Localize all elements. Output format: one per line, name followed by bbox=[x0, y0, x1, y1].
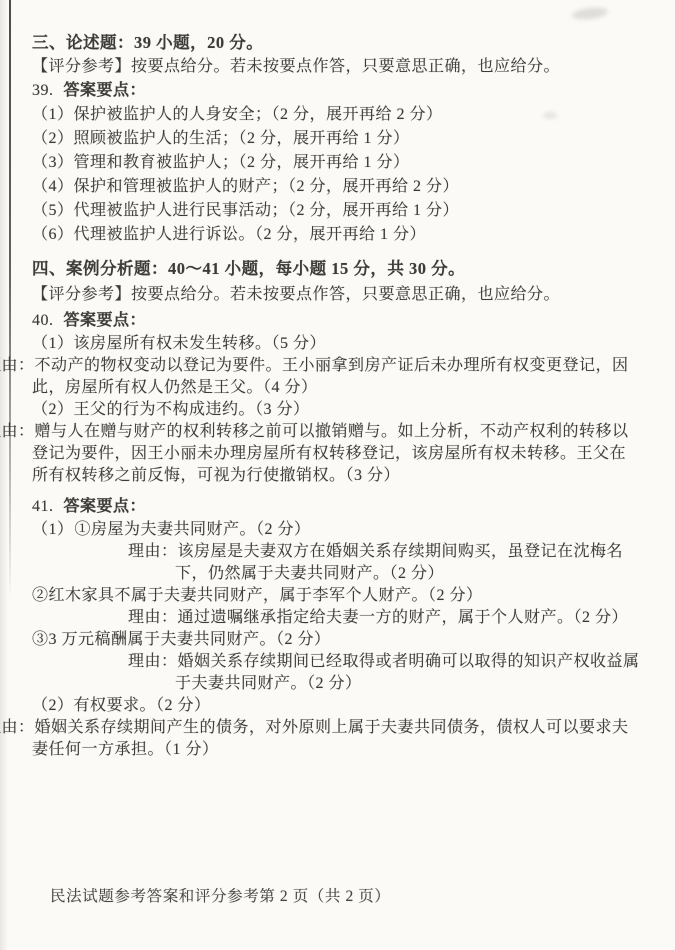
section3-scoring-note: 【评分参考】按要点给分。若未按要点作答，只要意思正确，也应给分。 bbox=[32, 55, 641, 79]
q39-title: 答案要点： bbox=[64, 82, 147, 99]
q41-header: 41.答案要点： bbox=[32, 495, 641, 519]
q39-number: 39. bbox=[32, 82, 54, 99]
q41-subreason-2-text: 通过遗嘱继承指定给夫妻一方的财产，属于个人财产。（2 分） bbox=[178, 609, 629, 626]
scanned-exam-answer-page: 三、论述题：39 小题，20 分。 【评分参考】按要点给分。若未按要点作答，只要… bbox=[0, 0, 675, 950]
q40-header: 40.答案要点： bbox=[32, 309, 641, 333]
q41-reason-2-text: 婚姻关系存续期间产生的债务，对外原则上属于夫妻共同债务，债权人可以要求夫妻任何一… bbox=[32, 719, 629, 758]
q40-reason-1-label: 理由： bbox=[0, 357, 35, 374]
q41-subreason-3-text: 婚姻关系存续期间已经取得或者明确可以取得的知识产权收益属于夫妻共同财产。（2 分… bbox=[175, 653, 640, 692]
q40-reason-2-label: 理由： bbox=[0, 423, 35, 440]
q40-point-1: （1）该房屋所有权未发生转移。（5 分） bbox=[32, 333, 641, 355]
q40-number: 40. bbox=[32, 312, 54, 329]
section4-heading: 四、案例分析题：40～41 小题，每小题 15 分，共 30 分。 bbox=[32, 256, 641, 281]
q40-reason-1-text: 不动产的物权变动以登记为要件。王小丽拿到房产证后未办理所有权变更登记，因此，房屋… bbox=[32, 357, 629, 396]
q41-subreason-3-label: 理由： bbox=[128, 653, 178, 670]
q41-subreason-2: 理由：通过遗嘱继承指定给夫妻一方的财产，属于个人财产。（2 分） bbox=[175, 607, 641, 629]
q41-number: 41. bbox=[32, 498, 54, 515]
q39-item-3: （3）管理和教育被监护人；（2 分，展开再给 1 分） bbox=[32, 151, 641, 175]
answer-key-document: 三、论述题：39 小题，20 分。 【评分参考】按要点给分。若未按要点作答，只要… bbox=[0, 0, 675, 761]
q41-reason-2: 理由：婚姻关系存续期间产生的债务，对外原则上属于夫妻共同债务，债权人可以要求夫妻… bbox=[32, 717, 641, 761]
q41-point-1: （1）①房屋为夫妻共同财产。（2 分） bbox=[32, 519, 641, 541]
q39-header: 39.答案要点： bbox=[32, 79, 641, 103]
q40-point-2: （2）王父的行为不构成违约。（3 分） bbox=[32, 399, 641, 421]
q40-reason-2-text: 赠与人在赠与财产的权利转移之前可以撤销赠与。如上分析，不动产权利的转移以登记为要… bbox=[32, 423, 629, 484]
page-footer: 民法试题参考答案和评分参考第 2 页（共 2 页） bbox=[50, 884, 391, 906]
q41-subpoint-1: ①房屋为夫妻共同财产。（2 分） bbox=[75, 521, 311, 538]
q41-subpoint-2: ②红木家具不属于夫妻共同财产，属于李军个人财产。（2 分） bbox=[32, 585, 641, 607]
q40-reason-1: 理由：不动产的物权变动以登记为要件。王小丽拿到房产证后未办理所有权变更登记，因此… bbox=[32, 355, 641, 399]
q40-title: 答案要点： bbox=[64, 312, 147, 329]
q39-item-5: （5）代理被监护人进行民事活动；（2 分，展开再给 1 分） bbox=[32, 199, 641, 223]
q39-item-4: （4）保护和管理被监护人的财产；（2 分，展开再给 2 分） bbox=[32, 175, 641, 199]
q41-subreason-1: 理由：该房屋是夫妻双方在婚姻关系存续期间购买，虽登记在沈梅名下，仍然属于夫妻共同… bbox=[175, 541, 641, 585]
q39-item-6: （6）代理被监护人进行诉讼。（2 分，展开再给 1 分） bbox=[32, 223, 641, 247]
q41-reason-2-label: 理由： bbox=[0, 719, 35, 736]
q41-subpoint-3: ③3 万元稿酬属于夫妻共同财产。（2 分） bbox=[32, 629, 641, 651]
q41-subreason-1-text: 该房屋是夫妻双方在婚姻关系存续期间购买，虽登记在沈梅名下，仍然属于夫妻共同财产。… bbox=[175, 543, 623, 582]
q39-item-2: （2）照顾被监护人的生活；（2 分，展开再给 1 分） bbox=[32, 127, 641, 151]
q41-title: 答案要点： bbox=[64, 498, 147, 515]
q41-subreason-3: 理由：婚姻关系存续期间已经取得或者明确可以取得的知识产权收益属于夫妻共同财产。（… bbox=[175, 651, 641, 695]
section3-heading: 三、论述题：39 小题，20 分。 bbox=[32, 30, 641, 55]
section4-scoring-note: 【评分参考】按要点给分。若未按要点作答，只要意思正确，也应给分。 bbox=[32, 283, 641, 307]
q41-point-2: （2）有权要求。（2 分） bbox=[32, 695, 641, 717]
q41-subreason-2-label: 理由： bbox=[128, 609, 178, 626]
q39-item-1: （1）保护被监护人的人身安全；（2 分，展开再给 2 分） bbox=[32, 103, 641, 127]
q41-subreason-1-label: 理由： bbox=[128, 543, 178, 560]
q40-reason-2: 理由：赠与人在赠与财产的权利转移之前可以撤销赠与。如上分析，不动产权利的转移以登… bbox=[32, 421, 641, 487]
q41-point-1-prefix: （1） bbox=[32, 521, 74, 538]
